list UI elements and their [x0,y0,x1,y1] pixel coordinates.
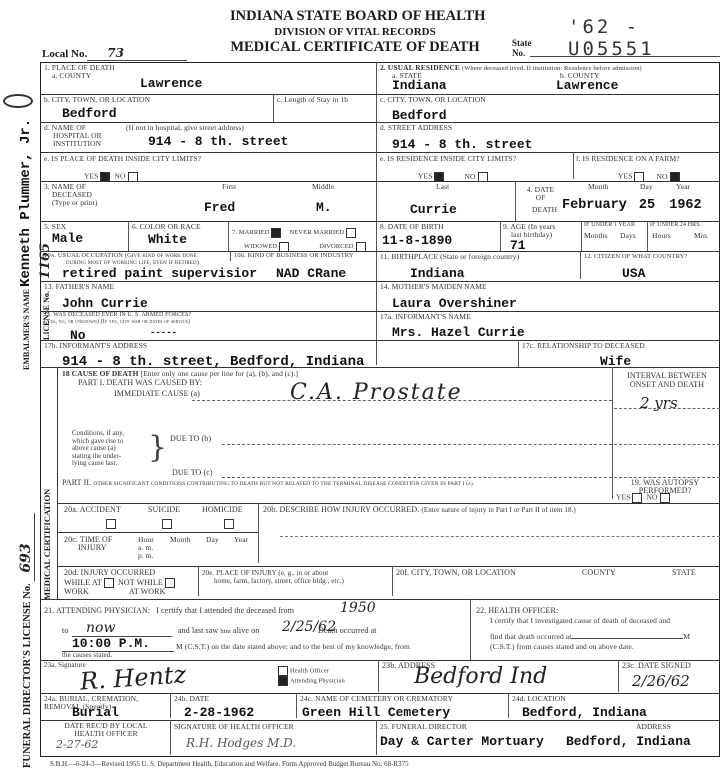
due-to-c-label: DUE TO (c) [172,469,213,478]
dod-value: February 25 1962 [562,198,702,213]
hospital-note: (If not in hospital, give street address… [126,124,244,132]
cst-text: M (C.S.T.) on the date stated above; and… [176,643,410,651]
cause-label: 18 CAUSE OF DEATH [Enter only one cause … [62,370,298,378]
due-to-b-label: DUE TO (b) [170,435,211,444]
disposition-value: Burial [72,705,119,720]
injury-city-label: 20f. CITY, TOWN, OR LOCATION [396,569,516,578]
dob-value: 11-8-1890 [382,233,452,248]
form-footer: S.B.H.—6-24-3—Revised 1955 U. S. Departm… [50,760,409,768]
injury-hour-label: Hour a. m. p. m. [138,536,154,560]
not-while-at-work-checkbox[interactable] [165,578,175,588]
pm-label: p. m. [138,552,154,560]
homicide-checkbox[interactable] [224,519,234,529]
physician-heading: 21. ATTENDING PHYSICIAN: [44,606,150,615]
funeral-director-value: Day & Carter Mortuary [380,734,544,749]
year-label: Year [676,183,690,191]
name-label-3: (Type or print) [44,199,98,207]
first-label: First [222,183,236,191]
no-label: NO [656,172,667,181]
injury-day-label: Day [206,536,219,544]
res-city-label: c. CITY, TOWN, OR LOCATION [380,96,486,104]
never-married-label: NEVER MARRIED [289,229,344,236]
conditions-label: Conditions, if any, which gave rise to a… [72,430,124,468]
place-label-2: home, farm, factory, street, office bldg… [202,577,344,585]
hospital-label-3: INSTITUTION [44,140,102,148]
informant-label: 17a. INFORMANT'S NAME [380,313,471,321]
married-checkbox[interactable] [271,228,281,238]
marital-status: 7. MARRIEDNEVER MARRIED WIDOWEDDIVORCED [232,226,368,254]
part2-label: PART II. OTHER SIGNIFICANT CONDITIONS CO… [62,479,474,488]
fd-license-value: 693 [18,513,35,581]
dod-day: 25 [639,198,655,213]
local-no-label: Local No. [42,48,87,60]
header-certificate-title: MEDICAL CERTIFICATE OF DEATH [230,39,480,56]
location-label: 24d. LOCATION [512,695,566,703]
occupation-label: 10a. USUAL OCCUPATION (Give kind of work… [44,252,199,266]
time-of-injury-label: 20c. TIME OF INJURY [64,536,112,552]
widowed-label: WIDOWED [244,243,277,250]
occupation-label-1: 10a. USUAL OCCUPATION (Give kind of work… [44,252,199,259]
part1-label: PART I. DEATH WAS CAUSED BY: [78,379,202,388]
him-text: him [220,628,230,635]
alive-on-text: alive on [233,626,259,635]
physician-cert: 21. ATTENDING PHYSICIAN: I certify that … [44,607,294,616]
no-label: NO [114,172,125,181]
first-name: Fred [204,200,235,215]
days-label: Days [620,232,636,240]
funeral-director-address: Bedford, Indiana [566,734,691,749]
place-city-label: b. CITY, TOWN, OR LOCATION [44,96,150,104]
divorced-label: DIVORCED [319,243,353,250]
no-label: NO [464,172,475,181]
local-no: Local No.73 [42,46,187,61]
state-no-value: '62 - U05551 [568,16,724,60]
health-officer-line1: I certify that I investigated cause of d… [490,617,670,625]
relationship-label: 17c. RELATIONSHIP TO DECEASED [522,342,645,350]
injury-year-label: Year [234,536,248,544]
at-work-label: AT WORK [89,587,166,596]
last-name: Currie [410,202,457,217]
accident-label: 20a. ACCIDENT [64,506,121,515]
health-officer-signature-label: SIGNATURE OF HEALTH OFFICER [174,723,294,731]
health-officer-signature: R.H. Hodges M.D. [186,736,296,750]
part2-heading: PART II. [62,478,91,487]
date-received-value: 2-27-62 [56,738,98,751]
embalmer-name-value: Kenneth Plummer, Jr. [18,119,34,287]
month-label: Month [588,183,609,191]
farm-label: f. IS RESIDENCE ON A FARM? [576,155,680,163]
conditions-1: Conditions, if any, [72,430,124,438]
injury-occurred-label: 20d. INJURY OCCURRED WHILE AT NOT WHILE … [64,569,177,596]
yes-label: YES [418,172,432,181]
death-time: 10:00 P.M. [62,636,174,652]
health-officer-option: Health Officer [290,667,329,674]
race-value: White [148,232,187,247]
middle-name: M. [316,200,332,215]
date-received-label: DATE REC'D BY LOCAL HEALTH OFFICER [44,722,168,737]
dod-death-label: DEATH [532,206,557,214]
birthplace-value: Indiana [410,266,465,281]
part2-text: OTHER SIGNIFICANT CONDITIONS CONTRIBUTIN… [93,481,474,487]
occupation-label-2: during most of working life, even if ret… [44,259,199,266]
health-officer-heading: 22. HEALTH OFFICER: [476,607,558,616]
no-label: NO [646,493,657,502]
last-label: Last [436,183,449,191]
while-at-work-checkbox[interactable] [104,578,114,588]
armed-label-1: 15. WAS DECEASED EVER IN U. S. ARMED FOR… [44,312,191,319]
res-county-value: Lawrence [556,78,618,93]
res-inside-city-label: e. IS RESIDENCE INSIDE CITY LIMITS? [380,155,516,163]
location-value: Bedford, Indiana [522,705,647,720]
mother-value: Laura Overshiner [392,296,517,311]
street-label: d. STREET ADDRESS [380,124,452,132]
state-no-label: State No. [512,38,532,58]
homicide-label: HOMICIDE [202,506,243,515]
business-value: NAD CRane [276,266,346,281]
interval-value: 2 yrs [640,394,678,412]
never-married-checkbox[interactable] [346,228,356,238]
citizen-value: USA [622,266,645,281]
cause-heading: 18 CAUSE OF DEATH [62,369,139,378]
res-state-value: Indiana [392,78,447,93]
describe-note: (Enter nature of injury in Part I or Par… [421,506,575,514]
months-label: Months [584,232,608,240]
cemetery-value: Green Hill Cemetery [302,705,450,720]
min-label: Min. [694,232,709,240]
fd-license-label: FUNERAL DIRECTOR'S LICENSE No. [22,583,33,768]
under-24-hrs-label: IF UNDER 24 HRS. [650,222,701,229]
death-occurred-label: Death occurred at [318,627,377,636]
dob-label: 8. DATE OF BIRTH [380,223,444,231]
occupation-value: retired paint supervisior [62,266,257,281]
armed-forces-label: 15. WAS DECEASED EVER IN U. S. ARMED FOR… [44,312,191,326]
suicide-checkbox[interactable] [162,519,172,529]
armed-forces-dates: ----- [150,328,177,338]
describe-injury-label: 20b. DESCRIBE HOW INJURY OCCURRED. (Ente… [263,506,576,515]
stay-label: c. Length of Stay in 1b [277,96,348,104]
attended-to-label: to [62,627,68,636]
day-label: Day [640,183,653,191]
place-city-value: Bedford [62,106,117,121]
form-frame [40,62,720,757]
health-officer-line2: find that death occurred atM [490,633,690,641]
death-inside-city-label: e. IS PLACE OF DEATH INSIDE CITY LIMITS? [44,155,201,163]
fd-license: FUNERAL DIRECTOR'S LICENSE No. 693 [18,513,35,768]
married-label: 7. MARRIED [232,229,269,236]
health-officer-checkbox[interactable] [278,666,288,676]
hospital-value: 914 - 8 th. street [148,134,288,149]
cemetery-label: 24c. NAME OF CEMETERY OR CREMATORY [300,695,453,703]
informant-address-label: 17b. INFORMANT'S ADDRESS [44,342,147,350]
hours-label: Hours [652,232,671,240]
not-while-label: NOT WHILE [118,577,163,586]
interval-label-1: INTERVAL BETWEEN [614,371,720,380]
yes-label: YES [616,493,630,502]
attending-physician-option: Attending Physician [290,678,345,685]
interval-label: INTERVAL BETWEEN ONSET AND DEATH [614,371,720,389]
deceased-name-label: 3. NAME OF DECEASED (Type or print) [44,183,98,207]
dod-year: 1962 [669,198,701,213]
residence-note: (Where deceased lived. If institution: R… [462,65,642,72]
physician-address: Bedford Ind [414,664,547,689]
conditions-3: above cause (a) [72,445,124,453]
autopsy-options: YES NO [616,493,672,503]
conditions-5: lying cause last. [72,460,124,468]
middle-label: Middle [312,183,334,191]
hospital-label: d. NAME OF HOSPITAL OR INSTITUTION [44,124,102,148]
physician-cert-text: I certify that I attended the deceased f… [156,606,294,615]
dod-label: 4. DATE OF [518,186,563,202]
suicide-label: SUICIDE [148,506,180,515]
street-value: 914 - 8 th. street [392,137,532,152]
armed-label-2: (Yes, no, or unknown) (If yes, give war … [44,319,191,326]
ho-line2-text: find that death occurred at [490,632,571,641]
time-label-2: INJURY [64,544,112,552]
interval-label-2: ONSET AND DEATH [614,380,720,389]
embalmer-name: EMBALMER'S NAME Kenneth Plummer, Jr. [18,119,34,370]
conditions-2: which gave rise to [72,438,124,446]
recd-label-2: HEALTH OFFICER [44,730,168,738]
father-value: John Currie [62,296,148,311]
yes-label: YES [618,172,632,181]
res-city-value: Bedford [392,108,447,123]
injury-state-label: STATE [672,569,696,578]
attended-to: now [72,620,172,637]
signer-role: Health Officer Attending Physician [276,666,345,687]
age-label: 9. AGE (In years last birthday) [503,223,555,239]
place-county-value: Lawrence [140,76,202,91]
burial-date-label: 24b. DATE [174,695,209,703]
causes-stated: the causes stated. [62,652,112,660]
health-officer-line3: (C.S.T.) from causes stated and on above… [490,643,634,651]
place-label-1: 20e. PLACE OF INJURY (e. g., in or about [202,569,344,577]
funeral-director-label: 25. FUNERAL DIRECTOR [380,723,467,731]
embalmer-name-label: EMBALMER'S NAME [22,289,31,370]
header-title: INDIANA STATE BOARD OF HEALTH [230,8,480,25]
citizen-label: 12. CITIZEN OF WHAT COUNTRY? [584,253,688,260]
under-1-year-label: IF UNDER 1 YEAR [584,222,635,229]
injury-month-label: Month [170,536,191,544]
county-label: a. COUNTY [52,72,91,80]
occurred-heading: 20d. INJURY OCCURRED [64,569,177,578]
father-label: 13. FATHER'S NAME [44,283,114,291]
describe-heading: 20b. DESCRIBE HOW INJURY OCCURRED. [263,505,419,514]
dod-month: February [562,198,627,213]
no-label: No. [512,48,532,58]
accident-checkbox[interactable] [106,519,116,529]
while-at-label: WHILE AT [64,577,102,586]
last-saw-label: and last saw him alive on [178,627,259,636]
funeral-director-address-label: ADDRESS [636,723,671,731]
sex-label: 5. SEX [44,223,66,231]
attended-from: 1950 [340,600,376,616]
birthplace-label: 11. BIRTHPLACE (State or foreign country… [380,253,519,261]
sex-value: Male [52,231,83,246]
burial-date-value: 2-28-1962 [184,705,254,720]
dod-label-2: OF [518,194,563,202]
informant-value: Mrs. Hazel Currie [392,325,525,340]
yes-label: YES [84,172,98,181]
local-no-value: 73 [87,46,187,61]
autopsy-no-checkbox[interactable] [660,493,670,503]
place-of-injury-label: 20e. PLACE OF INJURY (e. g., in or about… [202,569,344,585]
state-label: State [512,38,532,48]
seal-icon [3,94,33,108]
brace-icon: } [148,430,167,466]
date-signed-label: 23c. DATE SIGNED [622,662,691,671]
cause-note: [Enter only one cause per line for (a), … [140,369,298,378]
ho-line2-end: M [683,632,690,641]
work-label: WORK [64,587,89,596]
conditions-4: stating the under- [72,453,124,461]
injury-county-label: COUNTY [582,569,616,578]
immediate-cause-value: C.A. Prostate [290,380,463,405]
race-label: 6. COLOR OR RACE [132,223,201,231]
header-division: DIVISION OF VITAL RECORDS [230,26,480,38]
last-saw-text: and last saw [178,626,218,635]
immediate-cause-label: IMMEDIATE CAUSE (a) [114,390,200,399]
mother-label: 14. MOTHER'S MAIDEN NAME [380,283,487,291]
date-signed: 2/26/62 [632,672,690,690]
attending-physician-checkbox[interactable] [278,676,288,686]
business-label: 10b. KIND OF BUSINESS OR INDUSTRY [234,252,354,259]
autopsy-yes-checkbox[interactable] [632,493,642,503]
